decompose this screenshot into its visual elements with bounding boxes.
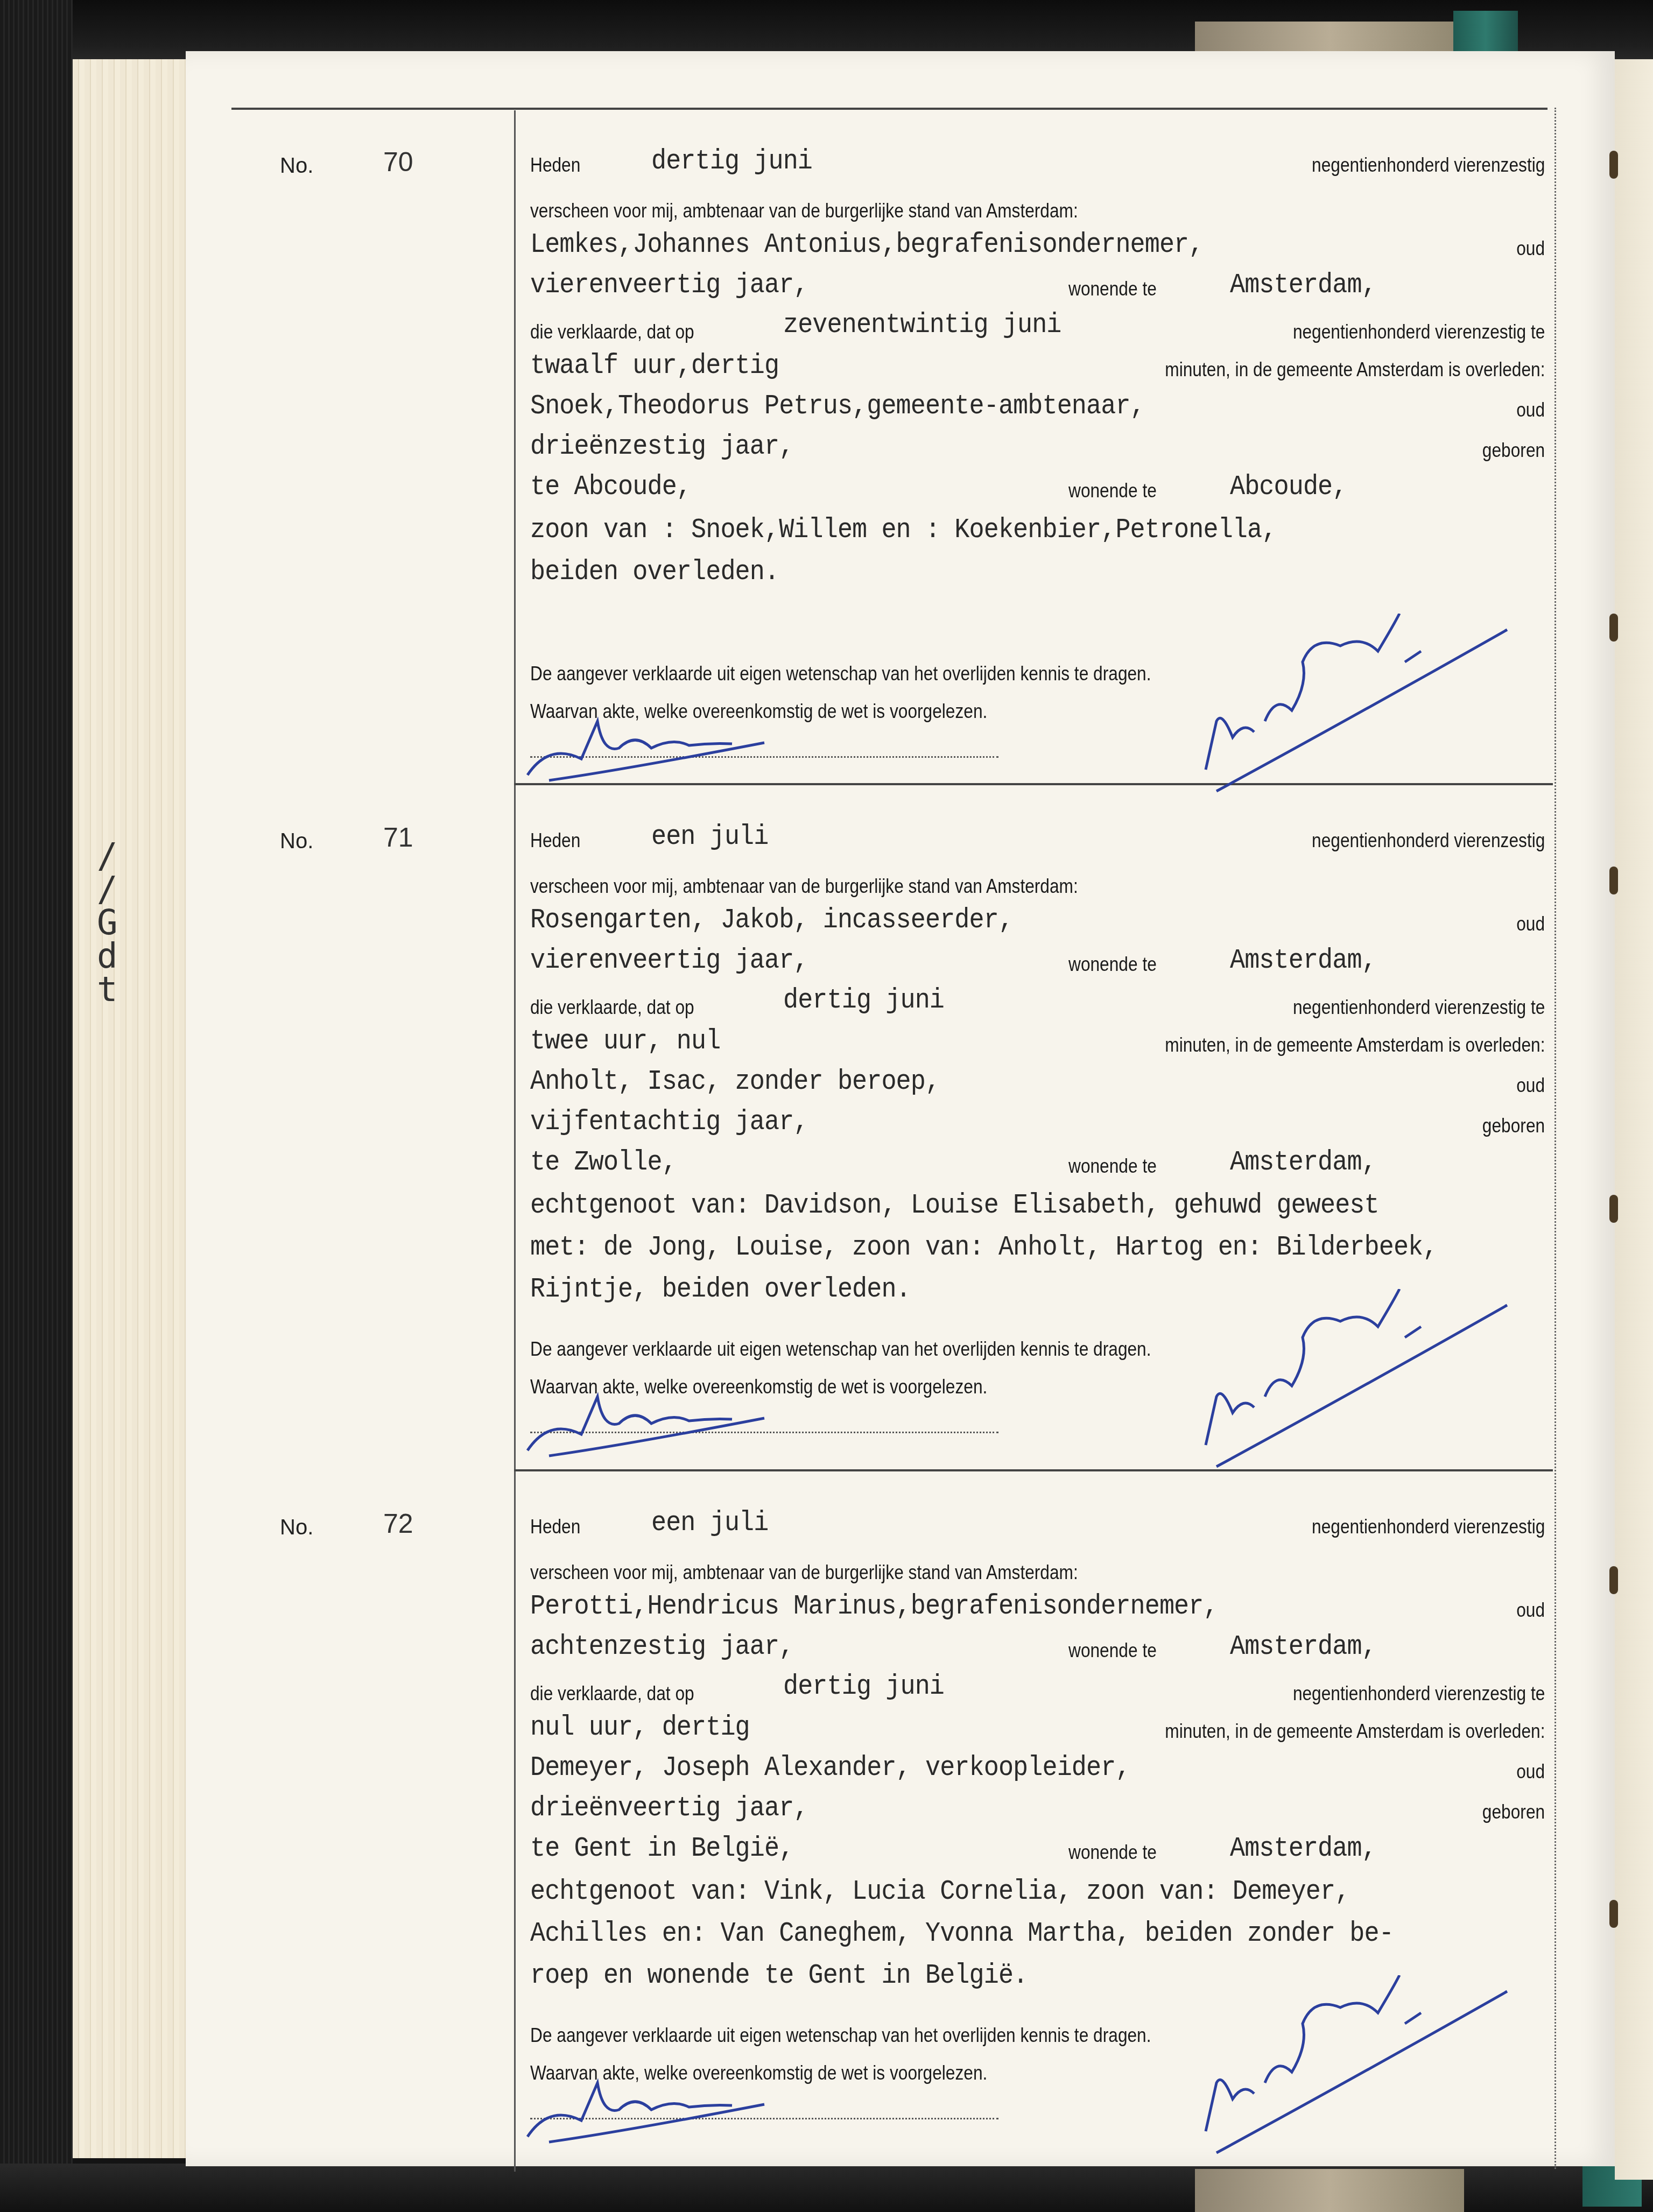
verscheen-text: verscheen voor mij, ambtenaar van de bur…: [530, 200, 1078, 222]
heden-label: Heden: [530, 1516, 580, 1538]
record-date: een juli: [651, 1507, 768, 1539]
record-number-label: No.: [280, 154, 313, 178]
deceased-age: drieënveertig jaar,: [530, 1792, 808, 1824]
detail-line: roep en wonende te Gent in België.: [530, 1960, 1028, 1991]
official-signature: [1184, 1975, 1534, 2158]
oud-label: oud: [1516, 237, 1545, 260]
punch-hole: [1609, 867, 1618, 894]
wonende-te-label: wonende te: [1068, 953, 1157, 976]
deceased-residence: Amsterdam,: [1230, 1833, 1376, 1864]
wonende-te-label: wonende te: [1068, 278, 1157, 300]
official-signature: [1184, 1289, 1534, 1472]
year-phrase: negentienhonderd vierenzestig: [1312, 829, 1545, 852]
wonende-te-label: wonende te: [1068, 480, 1157, 502]
punch-hole: [1609, 1195, 1618, 1223]
record-date: dertig juni: [651, 145, 812, 177]
record-number: 71: [383, 822, 413, 853]
aangever-statement: De aangever verklaarde uit eigen wetensc…: [530, 2024, 1151, 2047]
death-date: dertig juni: [783, 984, 944, 1016]
geboren-label: geboren: [1482, 1115, 1545, 1137]
punch-hole: [1609, 1900, 1618, 1928]
detail-line: echtgenoot van: Davidson, Louise Elisabe…: [530, 1189, 1379, 1221]
aangever-statement: De aangever verklaarde uit eigen wetensc…: [530, 663, 1151, 685]
punch-hole: [1609, 614, 1618, 642]
wonende-te-label: wonende te: [1068, 1639, 1157, 1662]
declarant-residence: Amsterdam,: [1230, 269, 1376, 301]
declarant-age: vierenveertig jaar,: [530, 269, 808, 301]
record-number: 72: [383, 1508, 413, 1539]
oud-label: oud: [1516, 1760, 1545, 1783]
geboren-label: geboren: [1482, 1801, 1545, 1823]
heden-label: Heden: [530, 829, 580, 852]
declarant-name: Lemkes,Johannes Antonius,begrafenisonder…: [530, 229, 1203, 260]
page-frame-right: [1554, 108, 1558, 2169]
year-phrase-te: negentienhonderd vierenzestig te: [1292, 321, 1545, 343]
detail-line: beiden overleden.: [530, 556, 779, 588]
detail-line: echtgenoot van: Vink, Lucia Cornelia, zo…: [530, 1876, 1349, 1907]
verscheen-text: verscheen voor mij, ambtenaar van de bur…: [530, 1561, 1078, 1584]
death-time: nul uur, dertig: [530, 1711, 750, 1743]
margin-stub-text: / / G d t: [97, 840, 118, 1006]
declarant-name: Rosengarten, Jakob, incasseerder,: [530, 904, 1013, 936]
death-time: twaalf uur,dertig: [530, 350, 779, 382]
book-spine: [0, 0, 73, 2212]
birthplace: te Zwolle,: [530, 1146, 677, 1178]
record-number-label: No.: [280, 829, 313, 854]
deceased-age: vijfentachtig jaar,: [530, 1106, 808, 1138]
minuten-label: minuten, in de gemeente Amsterdam is ove…: [1165, 358, 1545, 381]
year-phrase-te: negentienhonderd vierenzestig te: [1292, 1682, 1545, 1705]
deceased-name: Anholt, Isac, zonder beroep,: [530, 1066, 940, 1097]
death-time: twee uur, nul: [530, 1025, 720, 1057]
birthplace: te Abcoude,: [530, 471, 691, 503]
year-phrase: negentienhonderd vierenzestig: [1312, 1516, 1545, 1538]
detail-line: Rijntje, beiden overleden.: [530, 1273, 911, 1305]
birthplace: te Gent in België,: [530, 1833, 793, 1864]
geboren-label: geboren: [1482, 439, 1545, 462]
record-number-label: No.: [280, 1516, 313, 1540]
oud-label: oud: [1516, 1599, 1545, 1622]
detail-line: met: de Jong, Louise, zoon van: Anholt, …: [530, 1231, 1437, 1263]
wonende-te-label: wonende te: [1068, 1155, 1157, 1178]
deceased-age: drieënzestig jaar,: [530, 431, 793, 462]
punch-hole: [1609, 1566, 1618, 1594]
year-phrase-te: negentienhonderd vierenzestig te: [1292, 996, 1545, 1019]
detail-line: zoon van : Snoek,Willem en : Koekenbier,…: [530, 514, 1276, 546]
deceased-name: Snoek,Theodorus Petrus,gemeente-ambtenaa…: [530, 390, 1145, 422]
deceased-name: Demeyer, Joseph Alexander, verkoopleider…: [530, 1752, 1130, 1784]
die-verklaarde-label: die verklaarde, dat op: [530, 1682, 694, 1705]
oud-label: oud: [1516, 1074, 1545, 1097]
record-number: 70: [383, 146, 413, 178]
aangever-statement: De aangever verklaarde uit eigen wetensc…: [530, 1338, 1151, 1361]
declarant-residence: Amsterdam,: [1230, 945, 1376, 976]
year-phrase: negentienhonderd vierenzestig: [1312, 154, 1545, 177]
next-page-edge: [1615, 59, 1653, 2180]
oud-label: oud: [1516, 913, 1545, 935]
declarant-name: Perotti,Hendricus Marinus,begrafenisonde…: [530, 1590, 1218, 1622]
heden-label: Heden: [530, 154, 580, 177]
punch-hole: [1609, 151, 1618, 179]
record-date: een juli: [651, 821, 768, 853]
column-divider: [514, 110, 516, 2172]
binding-cord-bottom: [1195, 2169, 1464, 2212]
deceased-residence: Abcoude,: [1230, 471, 1347, 503]
declarant-age: vierenveertig jaar,: [530, 945, 808, 976]
die-verklaarde-label: die verklaarde, dat op: [530, 996, 694, 1019]
page-frame-top: [231, 108, 1548, 110]
declarant-signature: [517, 1386, 818, 1461]
declarant-residence: Amsterdam,: [1230, 1631, 1376, 1662]
official-signature: [1184, 614, 1534, 797]
death-date: dertig juni: [783, 1671, 944, 1702]
oud-label: oud: [1516, 399, 1545, 421]
death-date: zevenentwintig juni: [783, 309, 1061, 341]
verscheen-text: verscheen voor mij, ambtenaar van de bur…: [530, 875, 1078, 898]
die-verklaarde-label: die verklaarde, dat op: [530, 321, 694, 343]
minuten-label: minuten, in de gemeente Amsterdam is ove…: [1165, 1034, 1545, 1056]
declarant-age: achtenzestig jaar,: [530, 1631, 793, 1662]
minuten-label: minuten, in de gemeente Amsterdam is ove…: [1165, 1720, 1545, 1743]
declarant-signature: [517, 2072, 818, 2147]
declarant-signature: [517, 710, 818, 786]
deceased-residence: Amsterdam,: [1230, 1146, 1376, 1178]
wonende-te-label: wonende te: [1068, 1841, 1157, 1864]
detail-line: Achilles en: Van Caneghem, Yvonna Martha…: [530, 1918, 1394, 1949]
page-stack-edges: [73, 59, 186, 2158]
